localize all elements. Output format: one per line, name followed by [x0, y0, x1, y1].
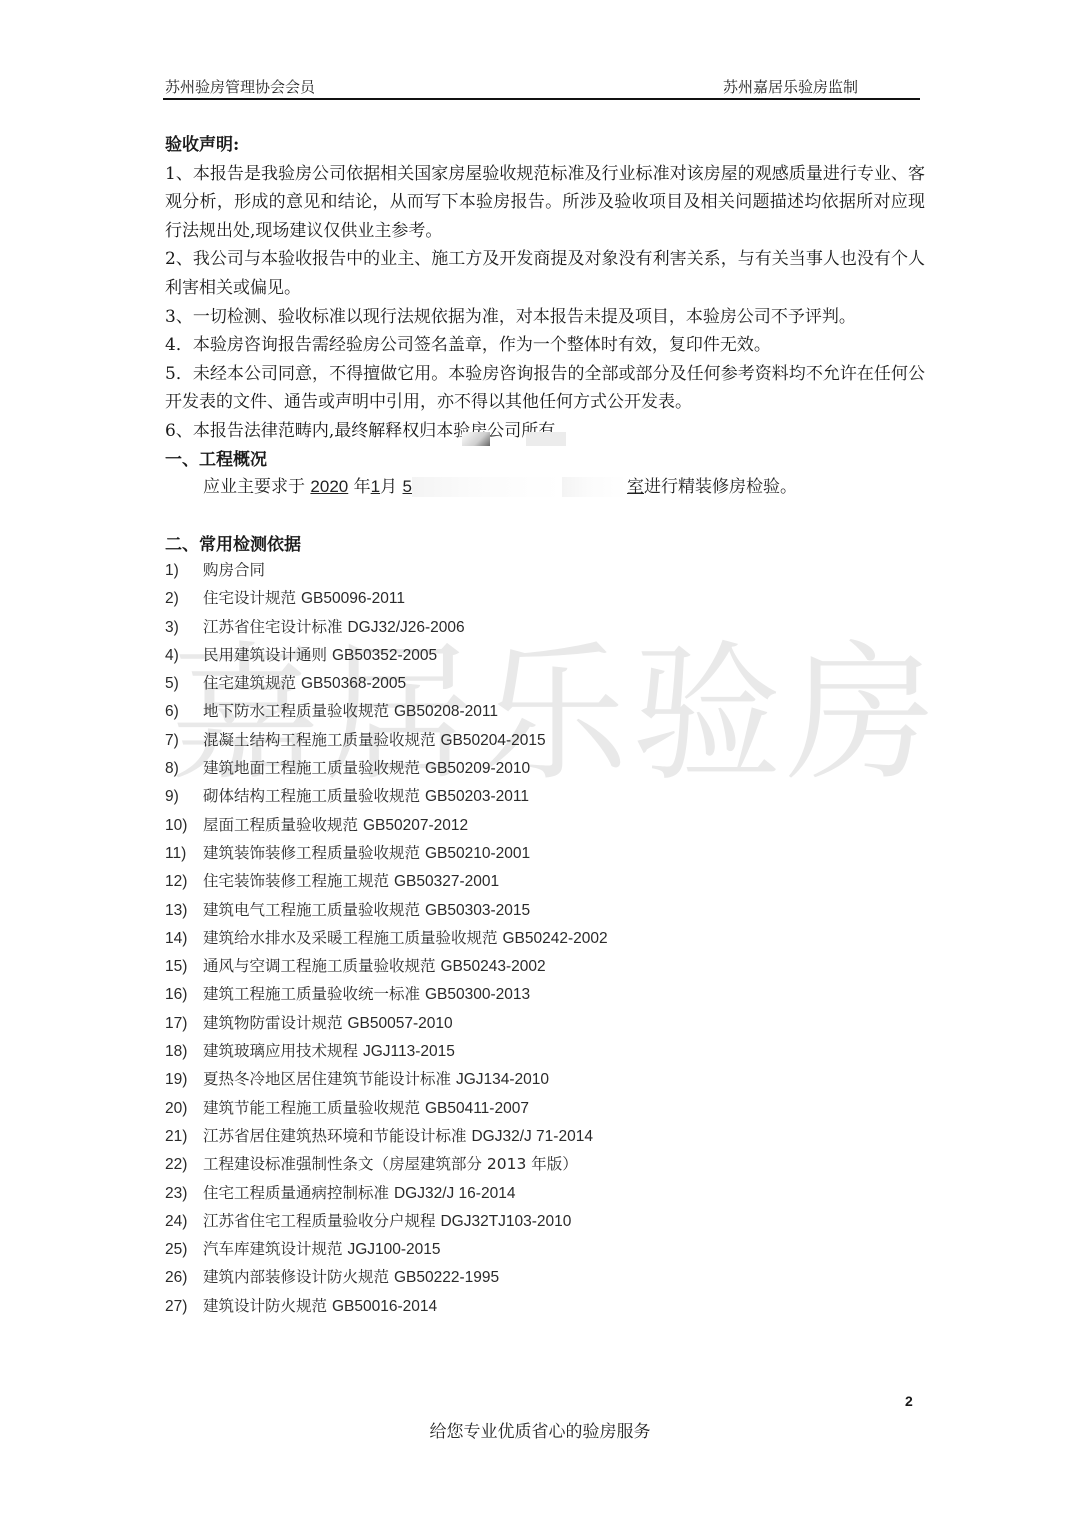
item-number: 19)	[165, 1066, 203, 1094]
standard-name: 江苏省住宅设计标准	[203, 618, 343, 636]
standard-name: 建筑工程施工质量验收统一标准	[203, 985, 420, 1003]
declaration-item: 4．本验房咨询报告需经验房公司签名盖章，作为一个整体时有效，复印件无效。	[165, 331, 925, 360]
standard-item: 25)汽车库建筑设计规范 JGJ100-2015	[165, 1235, 925, 1263]
standard-item: 10)屋面工程质量验收规范 GB50207-2012	[165, 811, 925, 839]
inspection-day: 5	[403, 477, 412, 496]
standard-code: DGJ32/J 71-2014	[471, 1128, 593, 1145]
standard-code: GB50222-1995	[394, 1269, 499, 1286]
section-title-overview: 一、工程概况	[165, 445, 267, 470]
standard-name: 民用建筑设计通则	[203, 646, 327, 664]
standard-item: 5)住宅建筑规范 GB50368-2005	[165, 669, 925, 697]
item-number: 25)	[165, 1236, 203, 1264]
standard-code: GB50300-2013	[425, 986, 530, 1003]
standard-name: 住宅建筑规范	[203, 674, 296, 692]
redacted-address	[412, 477, 562, 497]
item-number: 2)	[165, 585, 203, 613]
declaration-item: 5．未经本公司同意，不得擅做它用。本验房咨询报告的全部或部分及任何参考资料均不允…	[165, 360, 925, 417]
inspection-month: 1	[371, 477, 380, 496]
item-number: 5)	[165, 670, 203, 698]
standard-code: GB50016-2014	[332, 1298, 437, 1315]
declaration-section: 验收声明: 1、本报告是我验房公司依据相关国家房屋验收规范标准及行业标准对该房屋…	[165, 131, 925, 446]
standard-name: 住宅工程质量通病控制标准	[203, 1184, 389, 1202]
item-number: 12)	[165, 868, 203, 896]
inspection-year: 2020	[310, 477, 348, 496]
standard-item: 8)建筑地面工程施工质量验收规范 GB50209-2010	[165, 754, 925, 782]
standard-name: 汽车库建筑设计规范	[203, 1240, 343, 1258]
overview-prefix: 应业主要求于	[203, 477, 305, 497]
document-page: 苏州验房管理协会会员 苏州嘉居乐验房监制 验收声明: 1、本报告是我验房公司依据…	[0, 0, 1080, 1528]
section-title-standards: 二、常用检测依据	[165, 530, 301, 555]
overview-text: 应业主要求于 2020 年1月 5室进行精装修房检验。	[203, 472, 797, 497]
item-number: 27)	[165, 1293, 203, 1321]
standard-name: 建筑电气工程施工质量验收规范	[203, 901, 420, 919]
standard-item: 27)建筑设计防火规范 GB50016-2014	[165, 1292, 925, 1320]
standard-item: 16)建筑工程施工质量验收统一标准 GB50300-2013	[165, 980, 925, 1008]
standard-item: 7)混凝土结构工程施工质量验收规范 GB50204-2015	[165, 726, 925, 754]
standard-item: 26)建筑内部装修设计防火规范 GB50222-1995	[165, 1263, 925, 1291]
header-rule	[163, 98, 920, 100]
page-header: 苏州验房管理协会会员 苏州嘉居乐验房监制	[163, 76, 920, 98]
standard-code: GB50327-2001	[394, 873, 499, 890]
item-number: 10)	[165, 812, 203, 840]
standard-name: 建筑节能工程施工质量验收规范	[203, 1099, 420, 1117]
standard-code: GB50057-2010	[347, 1015, 452, 1032]
item-number: 26)	[165, 1264, 203, 1292]
standard-name: 夏热冬冷地区居住建筑节能设计标准	[203, 1070, 451, 1088]
header-left: 苏州验房管理协会会员	[165, 76, 315, 97]
item-number: 11)	[165, 840, 203, 868]
item-number: 13)	[165, 897, 203, 925]
item-number: 21)	[165, 1123, 203, 1151]
standard-name: 屋面工程质量验收规范	[203, 816, 358, 834]
redacted-address	[562, 477, 627, 497]
standard-name: 地下防水工程质量验收规范	[203, 702, 389, 720]
standard-name: 建筑内部装修设计防火规范	[203, 1268, 389, 1286]
standard-name: 建筑物防雷设计规范	[203, 1014, 343, 1032]
standard-code: JGJ100-2015	[347, 1241, 440, 1258]
standard-name: 住宅设计规范	[203, 589, 296, 607]
standard-name: 砌体结构工程施工质量验收规范	[203, 787, 420, 805]
standard-item: 15)通风与空调工程施工质量验收规范 GB50243-2002	[165, 952, 925, 980]
declaration-item: 1、本报告是我验房公司依据相关国家房屋验收规范标准及行业标准对该房屋的观感质量进…	[165, 160, 925, 246]
standard-code: GB50204-2015	[440, 732, 545, 749]
page-footer: 给您专业优质省心的验房服务	[0, 1417, 1080, 1442]
standard-name: 工程建设标准强制性条文（房屋建筑部分 2013 年版）	[203, 1155, 578, 1173]
item-number: 22)	[165, 1151, 203, 1179]
standard-name: 购房合同	[203, 561, 265, 579]
item-number: 15)	[165, 953, 203, 981]
overview-suffix: 进行精装修房检验。	[644, 477, 797, 497]
item-number: 4)	[165, 642, 203, 670]
declaration-item: 3、一切检测、验收标准以现行法规依据为准，对本报告未提及项目，本验房公司不予评判…	[165, 303, 925, 332]
standard-item: 14)建筑给水排水及采暖工程施工质量验收规范 GB50242-2002	[165, 924, 925, 952]
item-number: 3)	[165, 614, 203, 642]
standard-name: 通风与空调工程施工质量验收规范	[203, 957, 436, 975]
standard-code: GB50096-2011	[301, 590, 405, 607]
item-number: 7)	[165, 727, 203, 755]
standard-code: GB50209-2010	[425, 760, 530, 777]
standard-item: 20)建筑节能工程施工质量验收规范 GB50411-2007	[165, 1094, 925, 1122]
standard-item: 3)江苏省住宅设计标准 DGJ32/J26-2006	[165, 613, 925, 641]
standard-item: 22)工程建设标准强制性条文（房屋建筑部分 2013 年版）	[165, 1150, 925, 1178]
standard-item: 21)江苏省居住建筑热环境和节能设计标准 DGJ32/J 71-2014	[165, 1122, 925, 1150]
standard-code: GB50207-2012	[363, 817, 468, 834]
item-number: 20)	[165, 1095, 203, 1123]
standard-item: 2)住宅设计规范 GB50096-2011	[165, 584, 925, 612]
declaration-title: 验收声明:	[165, 131, 925, 160]
page-number: 2	[905, 1393, 913, 1409]
standard-name: 建筑给水排水及采暖工程施工质量验收规范	[203, 929, 498, 947]
item-number: 17)	[165, 1010, 203, 1038]
standard-name: 建筑地面工程施工质量验收规范	[203, 759, 420, 777]
item-number: 14)	[165, 925, 203, 953]
standard-code: GB50368-2005	[301, 675, 406, 692]
declaration-item: 2、我公司与本验收报告中的业主、施工方及开发商提及对象没有利害关系，与有关当事人…	[165, 245, 925, 302]
item-number: 1)	[165, 557, 203, 585]
room-suffix: 室	[627, 477, 644, 496]
standard-name: 建筑玻璃应用技术规程	[203, 1042, 358, 1060]
standard-item: 11)建筑装饰装修工程质量验收规范 GB50210-2001	[165, 839, 925, 867]
standard-code: GB50352-2005	[332, 647, 437, 664]
redaction-blur	[526, 432, 566, 446]
redaction-blur	[462, 432, 490, 446]
item-number: 9)	[165, 783, 203, 811]
standard-item: 17)建筑物防雷设计规范 GB50057-2010	[165, 1009, 925, 1037]
standard-code: DGJ32/J26-2006	[347, 619, 464, 636]
standard-name: 混凝土结构工程施工质量验收规范	[203, 731, 436, 749]
standard-item: 1)购房合同	[165, 556, 925, 584]
standard-name: 江苏省居住建筑热环境和节能设计标准	[203, 1127, 467, 1145]
standard-code: GB50203-2011	[425, 788, 529, 805]
standard-name: 建筑设计防火规范	[203, 1297, 327, 1315]
standard-item: 23)住宅工程质量通病控制标准 DGJ32/J 16-2014	[165, 1179, 925, 1207]
standard-name: 住宅装饰装修工程施工规范	[203, 872, 389, 890]
item-number: 8)	[165, 755, 203, 783]
standard-code: GB50243-2002	[440, 958, 545, 975]
standard-item: 18)建筑玻璃应用技术规程 JGJ113-2015	[165, 1037, 925, 1065]
standard-code: JGJ134-2010	[456, 1071, 549, 1088]
standard-item: 4)民用建筑设计通则 GB50352-2005	[165, 641, 925, 669]
standard-code: GB50242-2002	[502, 930, 607, 947]
item-number: 6)	[165, 698, 203, 726]
standard-code: DGJ32/J 16-2014	[394, 1185, 516, 1202]
standard-code: DGJ32TJ103-2010	[440, 1213, 571, 1230]
standard-item: 24)江苏省住宅工程质量验收分户规程 DGJ32TJ103-2010	[165, 1207, 925, 1235]
standard-code: GB50411-2007	[425, 1100, 529, 1117]
year-unit: 年	[354, 477, 371, 497]
standard-code: GB50208-2011	[394, 703, 498, 720]
standard-name: 建筑装饰装修工程质量验收规范	[203, 844, 420, 862]
header-right: 苏州嘉居乐验房监制	[723, 76, 858, 97]
standards-list: 1)购房合同 2)住宅设计规范 GB50096-20113)江苏省住宅设计标准 …	[165, 556, 925, 1320]
standard-item: 19)夏热冬冷地区居住建筑节能设计标准 JGJ134-2010	[165, 1065, 925, 1093]
item-number: 23)	[165, 1180, 203, 1208]
standard-item: 9)砌体结构工程施工质量验收规范 GB50203-2011	[165, 782, 925, 810]
item-number: 24)	[165, 1208, 203, 1236]
standard-item: 12)住宅装饰装修工程施工规范 GB50327-2001	[165, 867, 925, 895]
standard-name: 江苏省住宅工程质量验收分户规程	[203, 1212, 436, 1230]
standard-code: JGJ113-2015	[363, 1043, 455, 1060]
item-number: 18)	[165, 1038, 203, 1066]
standard-code: GB50303-2015	[425, 902, 530, 919]
month-unit: 月	[380, 477, 397, 497]
standard-item: 6)地下防水工程质量验收规范 GB50208-2011	[165, 697, 925, 725]
item-number: 16)	[165, 981, 203, 1009]
standard-item: 13)建筑电气工程施工质量验收规范 GB50303-2015	[165, 896, 925, 924]
standard-code: GB50210-2001	[425, 845, 530, 862]
